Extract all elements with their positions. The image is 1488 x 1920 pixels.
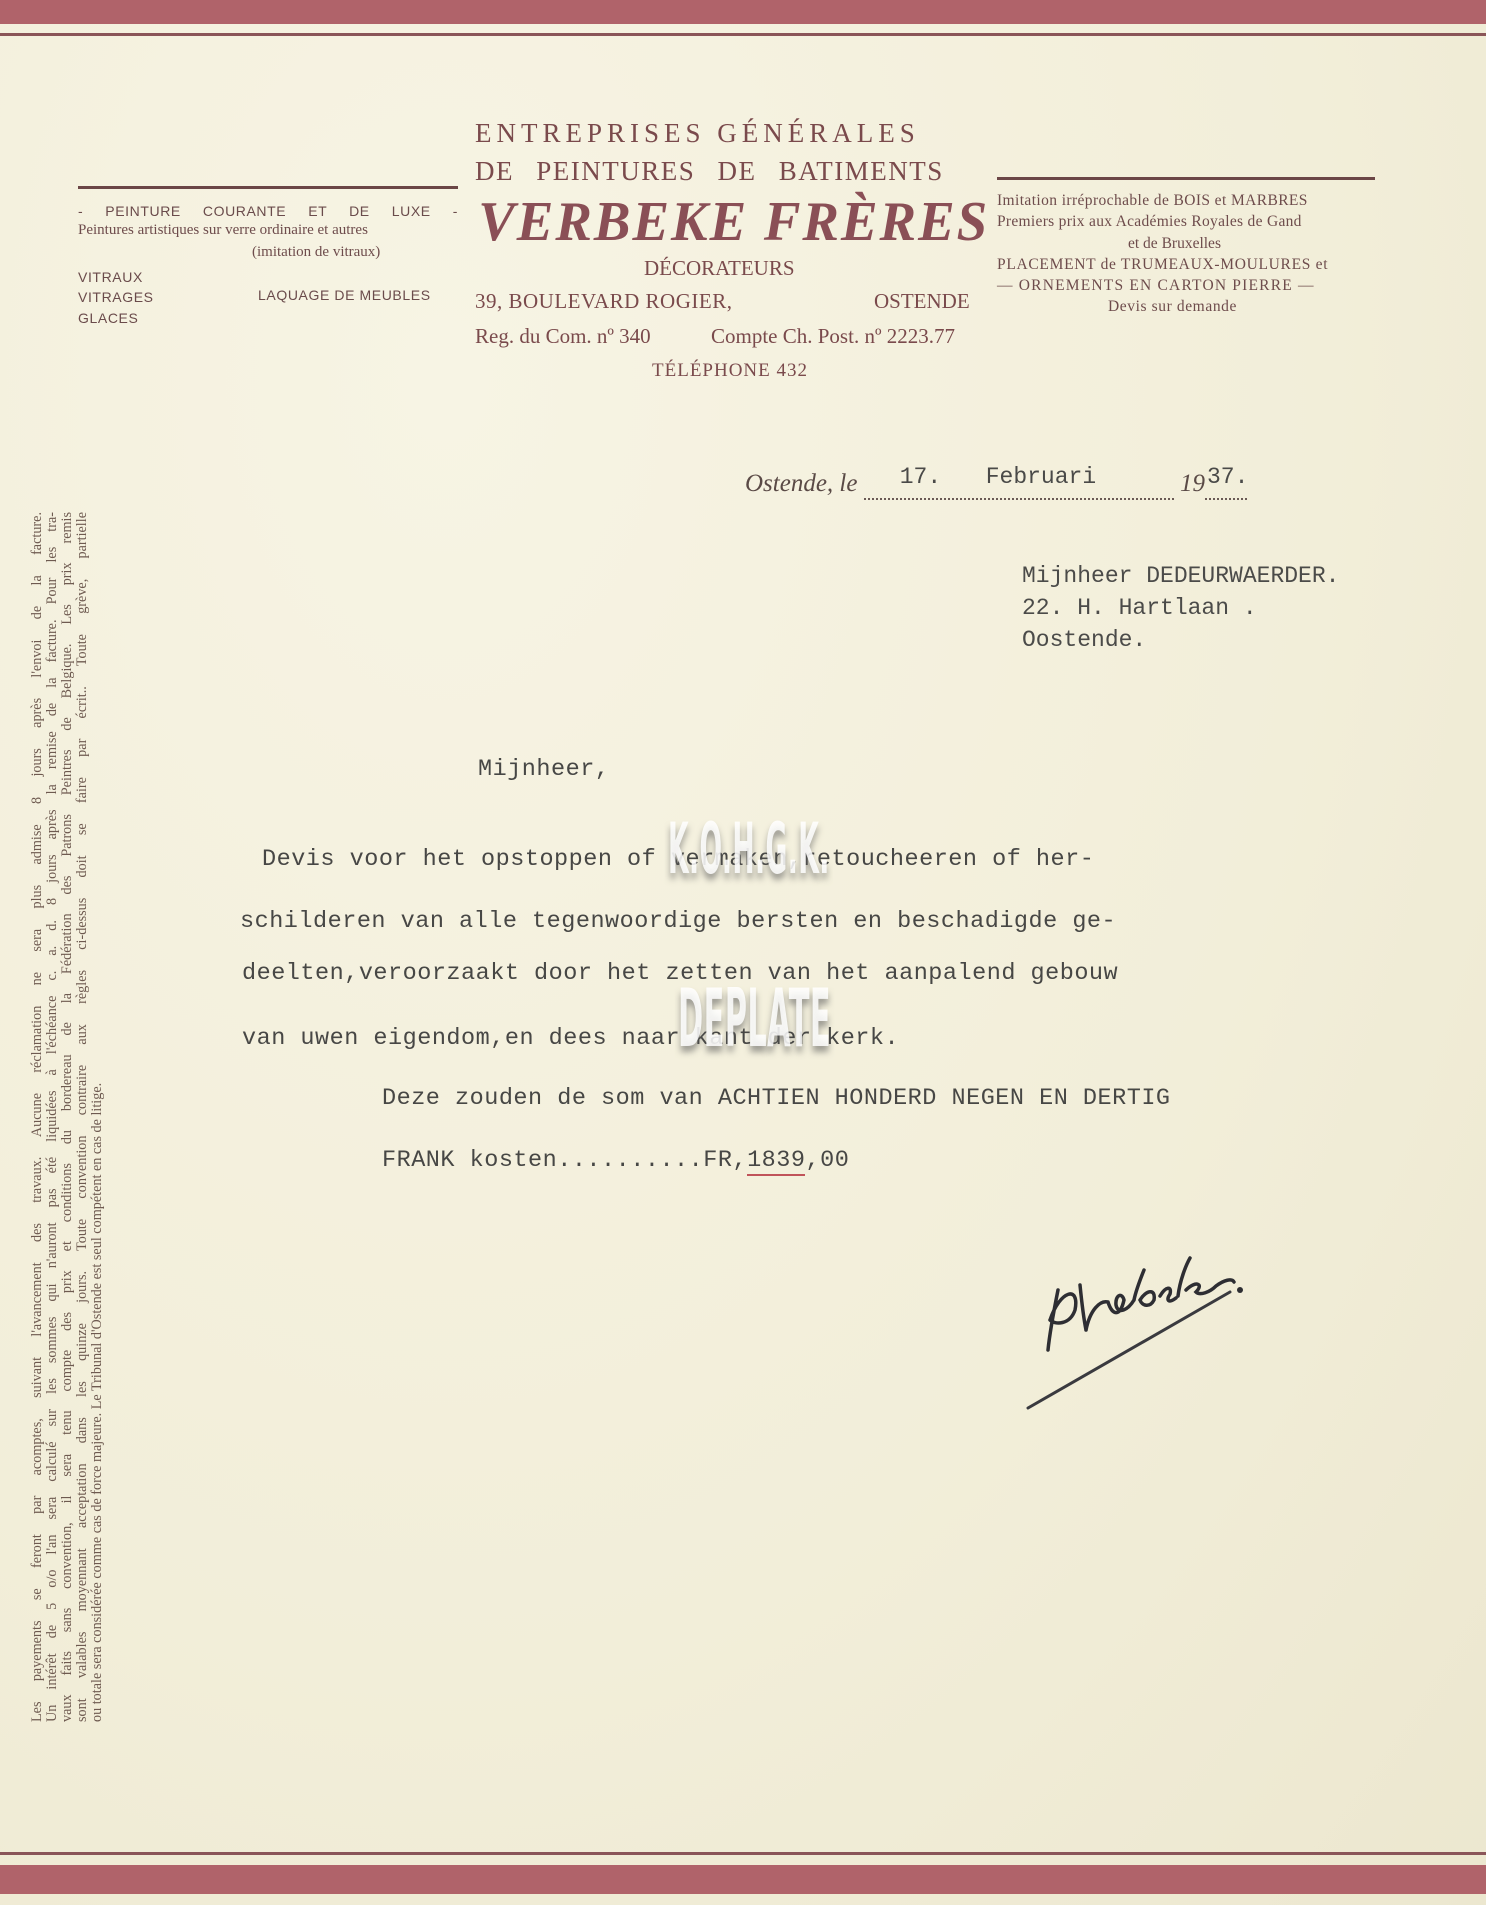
right-block-line4: PLACEMENT de TRUMEAUX-MOULURES et	[997, 256, 1328, 274]
postal-account: Compte Ch. Post. nº 2223.77	[711, 324, 955, 349]
right-block-line1: Imitation irréprochable de BOIS et MARBR…	[997, 192, 1308, 210]
bottom-thin-rule	[0, 1852, 1486, 1855]
left-header-rule	[78, 186, 458, 189]
right-block-line6: Devis sur demande	[1108, 298, 1237, 316]
total-line: FRANK kosten..........FR,1839,00	[382, 1147, 849, 1174]
body-line-5: Deze zouden de som van ACHTIEN HONDERD N…	[382, 1085, 1171, 1112]
company-name: VERBEKE FRÈRES	[478, 190, 989, 254]
registration-number: Reg. du Com. nº 340	[475, 324, 651, 349]
total-prefix: FRANK kosten..........FR,	[382, 1147, 747, 1174]
margin-terms-line1: Les payements se feront par acomptes, su…	[30, 512, 45, 1722]
right-block-line2: Premiers prix aux Académies Royales de G…	[997, 213, 1302, 231]
watermark-kohgk: K.O.H.G.K.	[668, 808, 830, 890]
right-block-line5: — ORNEMENTS EN CARTON PIERRE —	[997, 277, 1315, 295]
top-thin-rule	[0, 33, 1486, 36]
date-field: 17. Februari	[864, 470, 1174, 500]
left-block-line3: (imitation de vitraux)	[252, 244, 380, 261]
margin-terms-line3: vaux faits sans convention, il sera tenu…	[60, 512, 75, 1722]
date-day: 17.	[900, 464, 941, 490]
left-item-glaces: GLACES	[78, 310, 138, 326]
body-line-2: schilderen van alle tegenwoordige berste…	[240, 908, 1116, 935]
left-item-vitraux: VITRAUX	[78, 269, 143, 285]
date-year-suffix: 37.	[1207, 464, 1248, 490]
address-city: OSTENDE	[874, 289, 970, 314]
margin-terms-line2: Un intérêt de 5 o/o l'an sera calculé su…	[45, 512, 60, 1722]
left-item-laquage: LAQUAGE DE MEUBLES	[258, 287, 431, 303]
telephone: TÉLÉPHONE 432	[652, 360, 808, 382]
recipient-name: Mijnheer DEDEURWAERDER.	[1022, 560, 1339, 592]
letterhead-line1: ENTREPRISES GÉNÉRALES	[475, 118, 920, 149]
date-line: Ostende, le 17. Februari 1937.	[745, 470, 1247, 500]
date-year-field: 37.	[1205, 470, 1247, 500]
left-item-vitrages: VITRAGES	[78, 289, 154, 305]
right-header-rule	[997, 177, 1375, 180]
company-role: DÉCORATEURS	[644, 256, 795, 281]
total-amount: 1839	[747, 1147, 805, 1176]
date-prefix: Ostende, le	[745, 470, 857, 497]
recipient-street: 22. H. Hartlaan .	[1022, 592, 1339, 624]
watermark-deplate: DEPLATE	[678, 972, 831, 1065]
date-month: Februari	[986, 464, 1096, 490]
left-block-line2: Peintures artistiques sur verre ordinair…	[78, 222, 368, 239]
recipient-address: Mijnheer DEDEURWAERDER. 22. H. Hartlaan …	[1022, 560, 1339, 656]
margin-terms-line5: ou totale sera considérée comme cas de f…	[90, 512, 105, 1722]
total-suffix: ,00	[805, 1147, 849, 1174]
top-band	[0, 0, 1486, 24]
margin-terms: Les payements se feront par acomptes, su…	[30, 512, 105, 1722]
signature-icon	[1020, 1230, 1250, 1420]
salutation: Mijnheer,	[478, 756, 609, 783]
address-street: 39, BOULEVARD ROGIER,	[475, 289, 732, 314]
right-block-line3: et de Bruxelles	[1128, 235, 1221, 253]
date-year-prefix: 19	[1180, 470, 1205, 497]
left-block-line1: - PEINTURE COURANTE ET DE LUXE -	[78, 203, 458, 219]
recipient-city: Oostende.	[1022, 624, 1339, 656]
margin-terms-line4: sont valables moyennant acceptation dans…	[75, 512, 90, 1722]
letterhead-line2: DE PEINTURES DE BATIMENTS	[475, 156, 944, 187]
bottom-band	[0, 1865, 1486, 1894]
